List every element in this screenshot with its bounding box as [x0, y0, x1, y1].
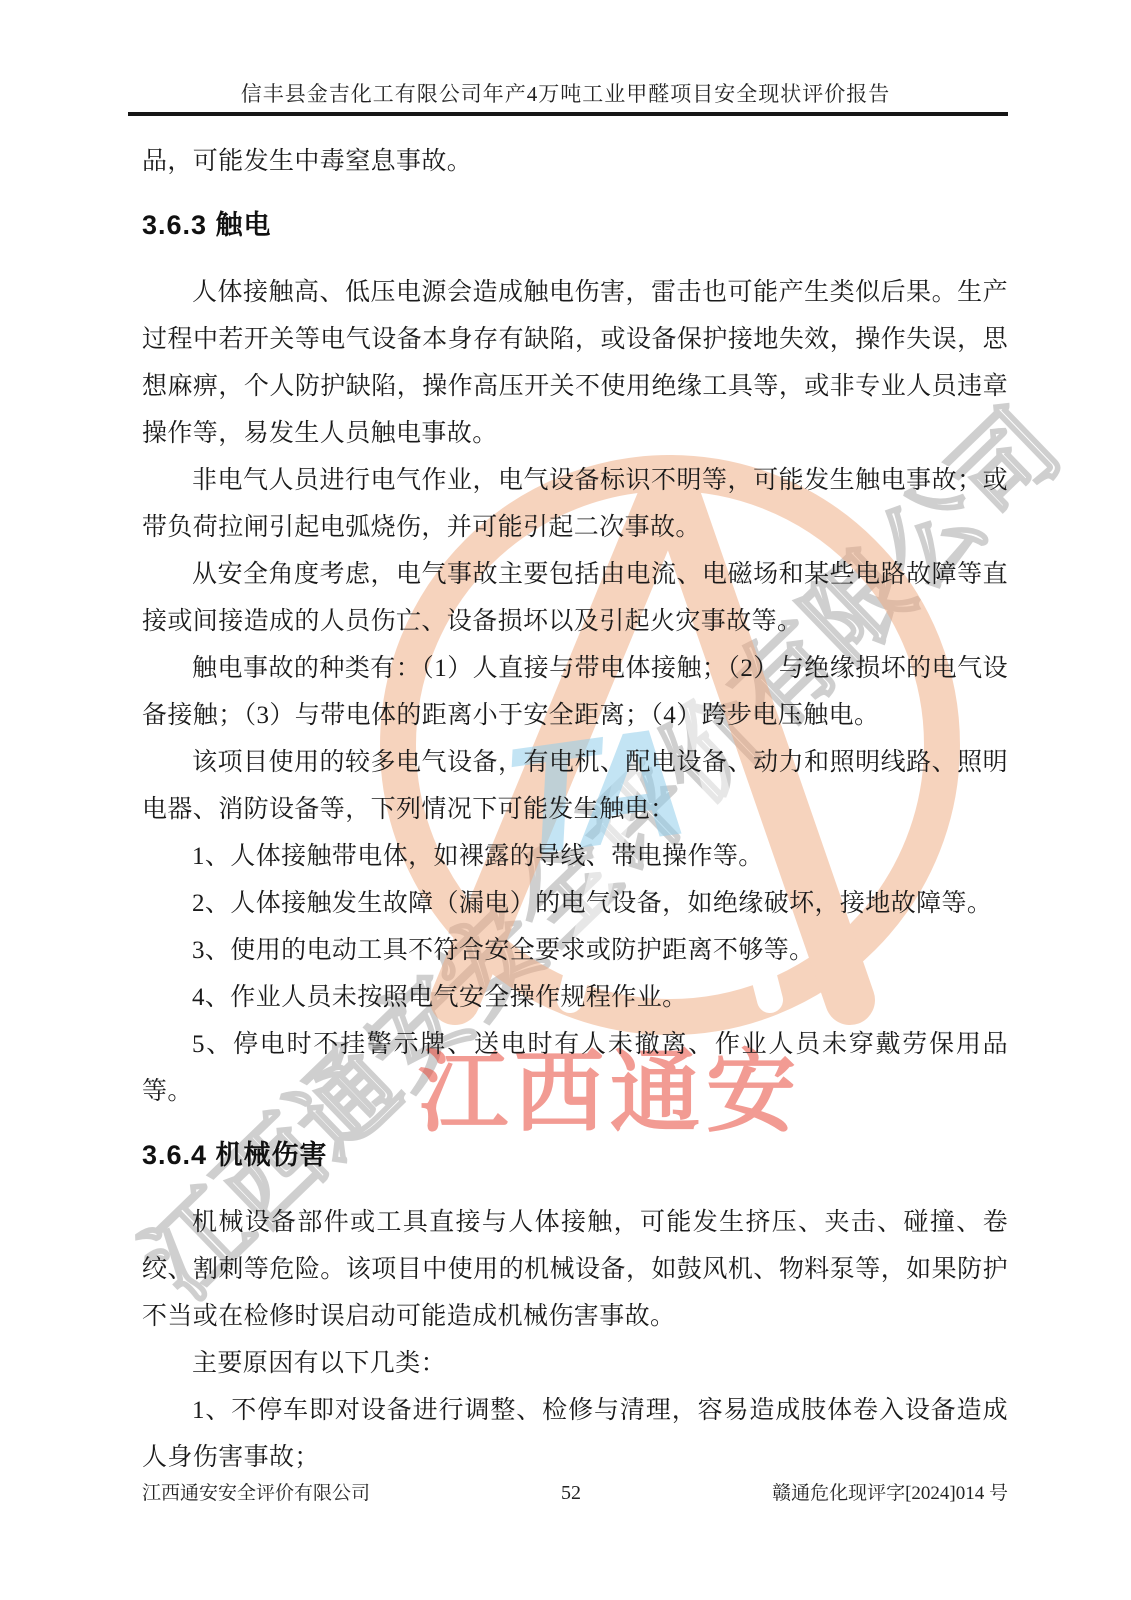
section-heading-3-6-3: 3.6.3 触电 — [142, 207, 1008, 243]
paragraph: 该项目使用的较多电气设备，有电机、配电设备、动力和照明线路、照明电器、消防设备等… — [142, 739, 1008, 833]
page-header-title: 信丰县金吉化工有限公司年产4万吨工业甲醛项目安全现状评价报告 — [0, 78, 1131, 108]
document-body: 品，可能发生中毒窒息事故。 3.6.3 触电 人体接触高、低压电源会造成触电伤害… — [142, 138, 1008, 1481]
paragraph: 从安全角度考虑，电气事故主要包括由电流、电磁场和某些电路故障等直接或间接造成的人… — [142, 551, 1008, 645]
footer-page-number: 52 — [561, 1482, 581, 1505]
list-item: 5、停电时不挂警示牌、送电时有人未撤离、作业人员未穿戴劳保用品等。 — [142, 1021, 1008, 1115]
paragraph: 人体接触高、低压电源会造成触电伤害，雷击也可能产生类似后果。生产过程中若开关等电… — [142, 269, 1008, 457]
list-item: 2、人体接触发生故障（漏电）的电气设备，如绝缘破坏，接地故障等。 — [142, 880, 1008, 927]
footer-doc-number: 赣通危化现评字[2024]014 号 — [772, 1478, 1008, 1505]
section-heading-3-6-4: 3.6.4 机械伤害 — [142, 1137, 1008, 1173]
header-rule — [128, 112, 1008, 116]
list-item: 1、人体接触带电体，如裸露的导线、带电操作等。 — [142, 833, 1008, 880]
paragraph: 机械设备部件或工具直接与人体接触，可能发生挤压、夹击、碰撞、卷绞、割刺等危险。该… — [142, 1199, 1008, 1340]
list-item: 4、作业人员未按照电气安全操作规程作业。 — [142, 974, 1008, 1021]
paragraph: 主要原因有以下几类： — [142, 1340, 1008, 1387]
body-line: 品，可能发生中毒窒息事故。 — [142, 138, 1008, 185]
list-item: 1、不停车即对设备进行调整、检修与清理，容易造成肢体卷入设备造成人身伤害事故； — [142, 1387, 1008, 1481]
paragraph: 非电气人员进行电气作业，电气设备标识不明等，可能发生触电事故；或带负荷拉闸引起电… — [142, 457, 1008, 551]
list-item: 3、使用的电动工具不符合安全要求或防护距离不够等。 — [142, 927, 1008, 974]
report-page: 江西通安安全评价有限公司 TA 江西通安 信丰县金吉化工有限公司年产4万吨工业甲… — [0, 0, 1131, 1600]
paragraph: 触电事故的种类有：（1）人直接与带电体接触；（2）与绝缘损坏的电气设备接触；（3… — [142, 645, 1008, 739]
footer-company: 江西通安安全评价有限公司 — [142, 1478, 370, 1505]
page-footer: 江西通安安全评价有限公司 52 赣通危化现评字[2024]014 号 — [142, 1478, 1008, 1505]
